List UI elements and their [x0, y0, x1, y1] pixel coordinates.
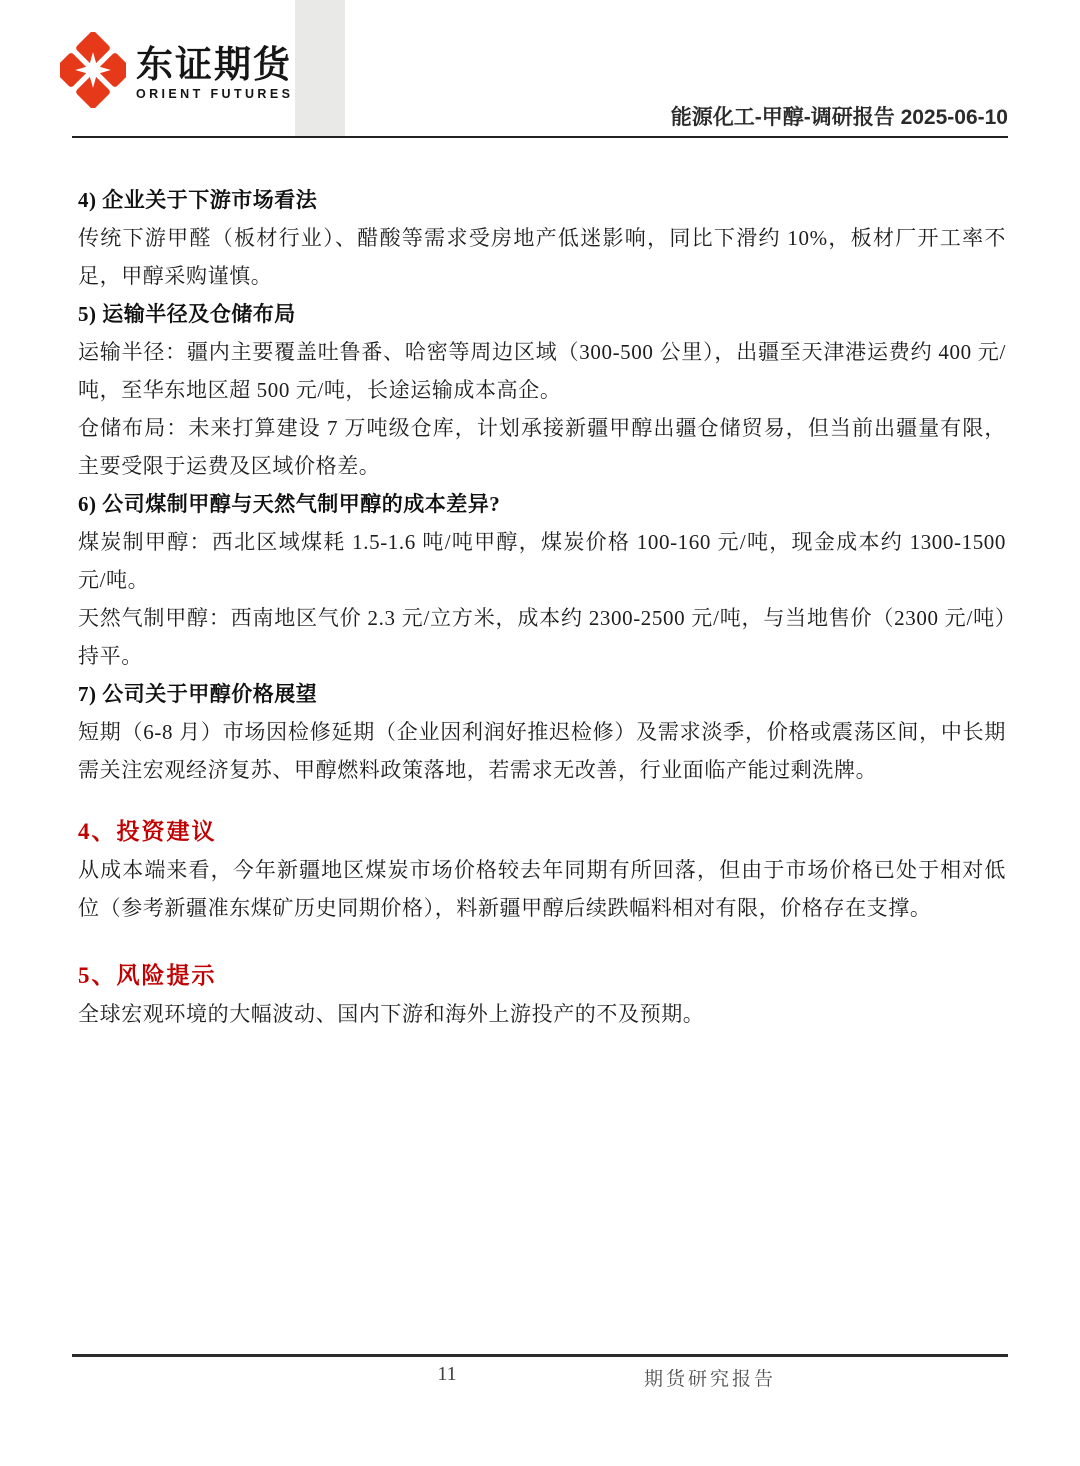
section-heading-investment-advice: 4、投资建议 — [78, 813, 1006, 851]
page-number: 11 — [407, 1363, 487, 1386]
body-paragraph: 运输半径：疆内主要覆盖吐鲁番、哈密等周边区域（300-500 公里），出疆至天津… — [78, 333, 1006, 409]
footer-report-type: 期货研究报告 — [640, 1364, 780, 1391]
brand-logo-text: 东证期货 ORIENT FUTURES — [136, 32, 293, 101]
body-paragraph: 传统下游甲醛（板材行业）、醋酸等需求受房地产低迷影响，同比下滑约 10%，板材厂… — [78, 219, 1006, 295]
body-paragraph: 从成本端来看，今年新疆地区煤炭市场价格较去年同期有所回落，但由于市场价格已处于相… — [78, 851, 1006, 927]
section-heading-risk-notice: 5、风险提示 — [78, 957, 1006, 995]
brand-name-en: ORIENT FUTURES — [136, 87, 293, 101]
brand-logo: 东证期货 ORIENT FUTURES — [60, 32, 293, 108]
report-page: { "header": { "logo": { "cn": "东证期货", "e… — [0, 0, 1080, 1466]
report-header-info: 能源化工-甲醇-调研报告 2025-06-10 — [671, 101, 1008, 131]
report-body: 4) 企业关于下游市场看法 传统下游甲醛（板材行业）、醋酸等需求受房地产低迷影响… — [78, 181, 1006, 1033]
body-paragraph: 全球宏观环境的大幅波动、国内下游和海外上游投产的不及预期。 — [78, 995, 1006, 1033]
body-paragraph: 煤炭制甲醇：西北区域煤耗 1.5-1.6 吨/吨甲醇，煤炭价格 100-160 … — [78, 523, 1006, 599]
footer-divider — [72, 1354, 1008, 1357]
orient-futures-diamond-icon — [60, 32, 126, 108]
subsection-6-heading: 6) 公司煤制甲醇与天然气制甲醇的成本差异? — [78, 485, 1006, 523]
body-paragraph: 天然气制甲醇：西南地区气价 2.3 元/立方米，成本约 2300-2500 元/… — [78, 599, 1006, 675]
header-accent-bar — [295, 0, 345, 137]
subsection-7-heading: 7) 公司关于甲醇价格展望 — [78, 675, 1006, 713]
body-paragraph: 仓储布局：未来打算建设 7 万吨级仓库，计划承接新疆甲醇出疆仓储贸易，但当前出疆… — [78, 409, 1006, 485]
brand-name-cn: 东证期货 — [136, 46, 293, 84]
subsection-5-heading: 5) 运输半径及仓储布局 — [78, 295, 1006, 333]
header-divider — [72, 136, 1008, 138]
subsection-4-heading: 4) 企业关于下游市场看法 — [78, 181, 1006, 219]
body-paragraph: 短期（6-8 月）市场因检修延期（企业因利润好推迟检修）及需求淡季，价格或震荡区… — [78, 713, 1006, 789]
